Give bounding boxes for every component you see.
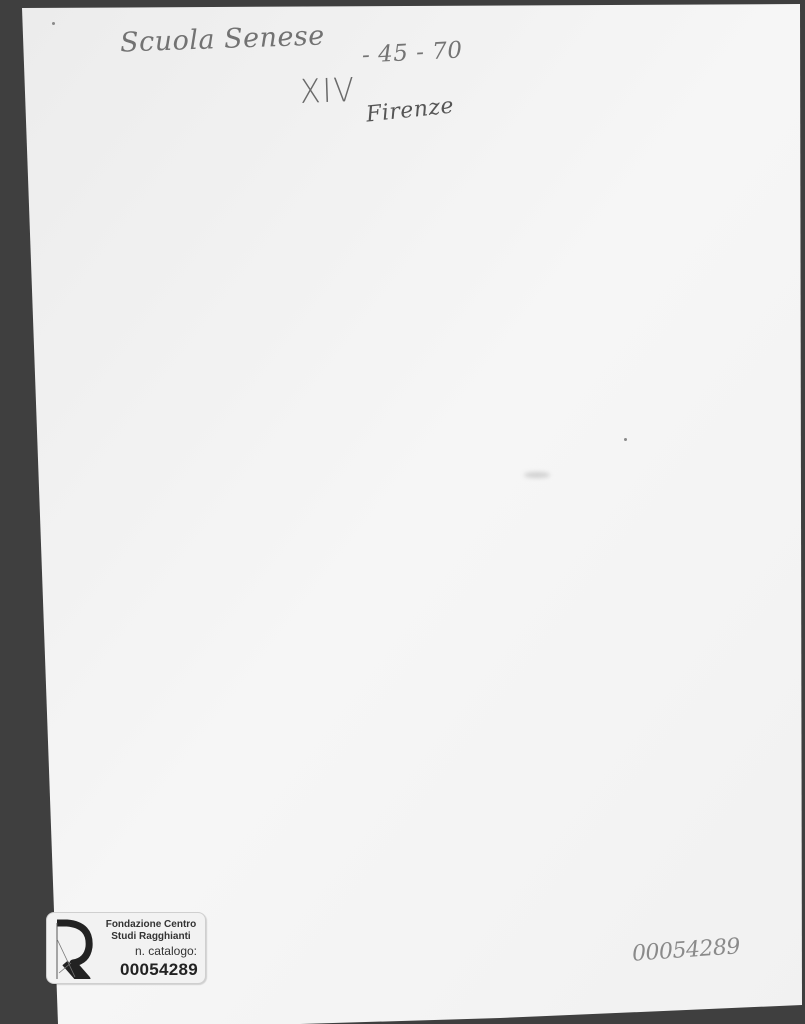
- paper-speck: [52, 22, 55, 25]
- catalog-sticker: Fondazione Centro Studi Ragghianti n. ca…: [46, 912, 206, 984]
- catalog-label: n. catalogo:: [135, 944, 197, 958]
- handwritten-century: XIV: [299, 71, 356, 112]
- paper-sheet: [0, 0, 805, 1024]
- catalog-number: 00054289: [120, 960, 198, 980]
- paper-smudge: [524, 472, 550, 478]
- ragghianti-r-logo-icon: [53, 919, 97, 979]
- organization-line-2: Studi Ragghianti: [99, 931, 203, 943]
- organization-name: Fondazione Centro Studi Ragghianti: [99, 919, 203, 943]
- paper-speck: [624, 438, 627, 441]
- scanned-card: Scuola Senese XIV - 45 - 70 Firenze 0005…: [0, 0, 805, 1024]
- organization-line-1: Fondazione Centro: [99, 919, 203, 931]
- handwritten-dates: - 45 - 70: [361, 37, 463, 68]
